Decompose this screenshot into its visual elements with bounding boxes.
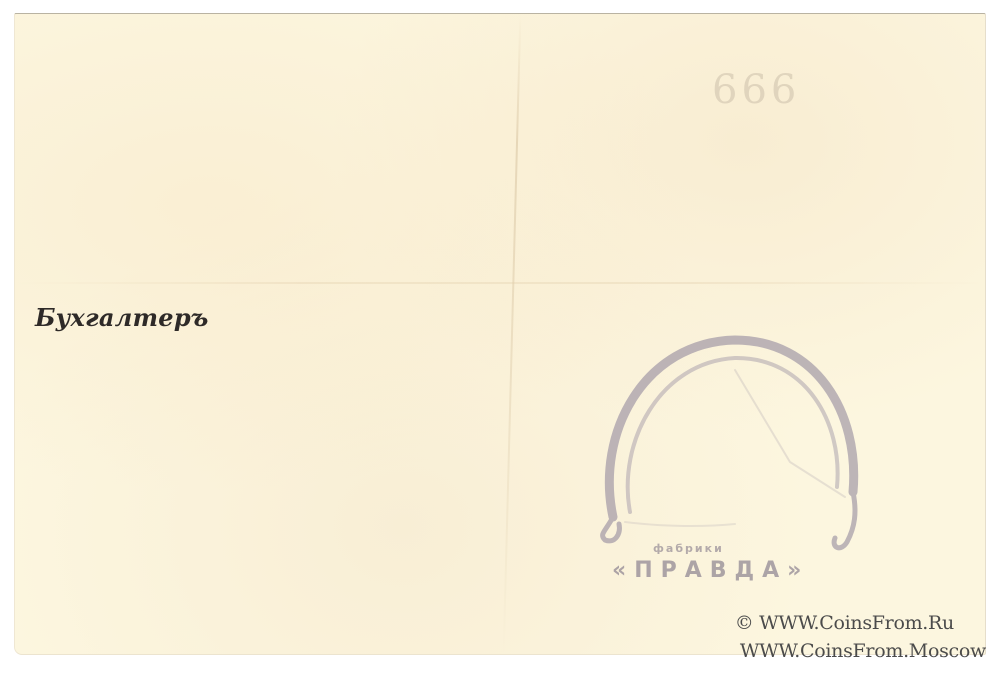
watermark-line-1: © WWW.CoinsFrom.Ru bbox=[735, 612, 954, 634]
fold-crease-vertical bbox=[503, 14, 522, 654]
stamp-subtitle: фабрики bbox=[653, 542, 724, 555]
watermark-line-2: WWW.CoinsFrom.Moscow bbox=[740, 640, 986, 662]
faint-serial-number: 666 bbox=[712, 67, 800, 113]
accountant-signature-label: Бухгалтеръ bbox=[35, 303, 209, 332]
fold-crease-horizontal bbox=[15, 282, 985, 284]
stamp-seal-icon bbox=[585, 312, 865, 592]
stamp-title: «ПРАВДА» bbox=[612, 558, 809, 583]
